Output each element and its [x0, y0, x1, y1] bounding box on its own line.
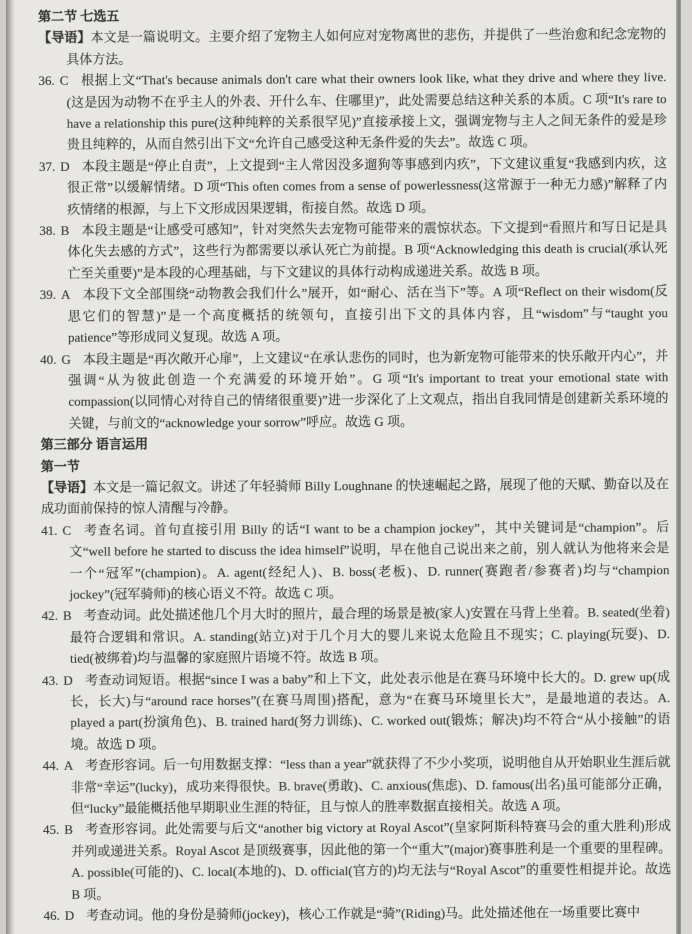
item-explanation: 考查动词短语。根据“since I was a baby”和上下文，此处表示他是…	[70, 669, 670, 752]
item-number: 45.	[43, 822, 59, 837]
item-number: 39.	[40, 287, 56, 302]
reading-intro: 【导语】本文是一篇说明文。主要介绍了宠物主人如何应对宠物离世的悲伤，并提供了一些…	[38, 24, 666, 71]
item-answer: B	[64, 822, 73, 837]
intro-label: 【导语】	[38, 30, 90, 45]
item-explanation: 本段主题是“让感受可感知”，针对突然失去宠物可能带来的震惊状态。下文提到“看照片…	[67, 219, 667, 280]
item-answer: D	[65, 908, 74, 923]
answer-item-39: 39.A本段下文全部围绕“动物教会我们什么”展开，如“耐心、活在当下”等。A 项…	[40, 280, 668, 348]
item-number: 36.	[38, 73, 54, 88]
item-number: 41.	[41, 523, 57, 538]
item-answer: G	[61, 351, 70, 366]
item-answer: A	[61, 287, 70, 302]
item-explanation: 考查动词。此处描述他几个月大时的照片，最合理的场景是被(家人)安置在马背上坐着。…	[70, 605, 670, 666]
item-explanation: 考查名词。首句直接引用 Billy 的话“I want to be a cham…	[69, 519, 669, 602]
item-number: 46.	[44, 908, 60, 923]
item-explanation: 本段下文全部围绕“动物教会我们什么”展开，如“耐心、活在当下”等。A 项“Ref…	[68, 283, 668, 344]
item-explanation: 根据上文“That's because animals don't care w…	[67, 69, 667, 152]
answer-item-40: 40.G本段主题是“再次敞开心扉”，上文建议“在承认悲伤的同时，也为新宠物可能带…	[40, 345, 669, 434]
answer-item-37: 37.D本段主题是“停止自责”，上文提到“主人常因没多遛狗等事感到内疚”，下文建…	[39, 152, 667, 220]
item-answer: B	[61, 223, 70, 238]
item-number: 43.	[42, 672, 58, 687]
answer-item-44: 44.A考查形容词。后一句用数据支撑：“less than a year”就获得…	[43, 751, 671, 819]
item-explanation: 本段主题是“再次敞开心扉”，上文建议“在承认悲伤的同时，也为新宠物可能带来的快乐…	[68, 348, 668, 431]
cloze-intro: 【导语】本文是一篇记叙文。讲述了年轻骑师 Billy Loughnane 的快速…	[41, 473, 669, 520]
answer-item-38: 38.B本段主题是“让感受可感知”，针对突然失去宠物可能带来的震惊状态。下文提到…	[39, 216, 667, 284]
item-answer: A	[64, 758, 73, 773]
scan-left-page-edge	[6, 0, 15, 934]
intro-text: 本文是一篇说明文。主要介绍了宠物主人如何应对宠物离世的悲伤，并提供了一些治愈和纪…	[66, 27, 666, 67]
item-number: 38.	[39, 223, 55, 238]
item-number: 42.	[42, 608, 58, 623]
answer-item-41: 41.C考查名词。首句直接引用 Billy 的话“I want to be a …	[41, 516, 670, 605]
item-answer: C	[60, 73, 69, 88]
item-number: 40.	[40, 351, 56, 366]
item-number: 37.	[39, 159, 55, 174]
answer-item-46: 46.D考查动词。他的身份是骑师(jockey)，核心工作就是“骑”(Ridin…	[43, 901, 671, 926]
item-answer: B	[63, 608, 72, 623]
item-answer: D	[60, 159, 69, 174]
item-explanation: 考查形容词。后一句用数据支撑：“less than a year”就获得了不少小…	[71, 754, 671, 815]
answer-item-43: 43.D考查动词短语。根据“since I was a baby”和上下文，此处…	[42, 666, 671, 755]
intro-label: 【导语】	[41, 480, 93, 495]
item-answer: C	[62, 523, 71, 538]
item-explanation: 考查动词。他的身份是骑师(jockey)，核心工作就是“骑”(Riding)马。…	[86, 904, 640, 922]
item-explanation: 考查形容词。此处需要与后文“another big victory at Roy…	[71, 819, 671, 902]
answer-item-42: 42.B考查动词。此处描述他几个月大时的照片，最合理的场景是被(家人)安置在马背…	[42, 602, 670, 670]
intro-text: 本文是一篇记叙文。讲述了年轻骑师 Billy Loughnane 的快速崛起之路…	[41, 476, 669, 516]
item-explanation: 本段主题是“停止自责”，上文提到“主人常因没多遛狗等事感到内疚”，下文建议重复“…	[67, 155, 667, 216]
answer-item-45: 45.B考查形容词。此处需要与后文“another big victory at…	[43, 816, 672, 905]
scan-right-margin	[681, 0, 692, 934]
item-number: 44.	[43, 758, 59, 773]
answer-item-36: 36.C根据上文“That's because animals don't ca…	[38, 66, 667, 155]
item-answer: D	[63, 672, 72, 687]
answer-key-page: 第二节 七选五 【导语】本文是一篇说明文。主要介绍了宠物主人如何应对宠物离世的悲…	[38, 2, 672, 926]
